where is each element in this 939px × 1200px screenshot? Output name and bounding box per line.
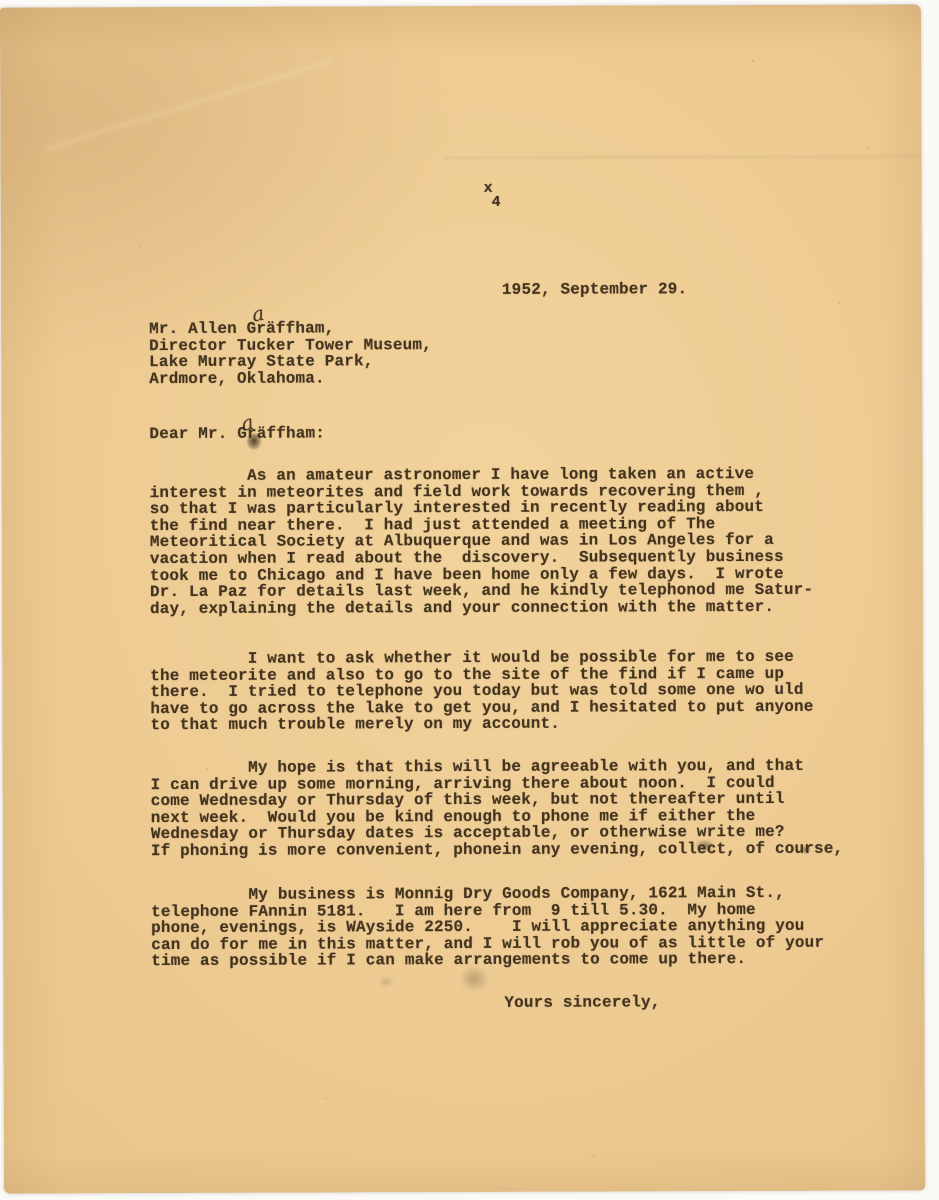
smudge-below-last-paragraph-2 (375, 974, 397, 989)
recipient-address-line: Lake Murray State Park, (149, 352, 373, 371)
body-paragraph-4: My business is Monnig Dry Goods Company,… (151, 885, 851, 970)
page-number-mark: x 4 (0, 4, 921, 7)
recipient-address-block: Mr. Allen Gräffham, Director Tucker Towe… (149, 320, 432, 387)
page-mark-number: 4 (492, 195, 501, 210)
body-paragraph-3: My hope is that this will be agreeable w… (151, 758, 851, 860)
recipient-city-line: Ardmore, Oklahoma. (149, 369, 325, 388)
body-paragraph-1: As an amateur astronomer I have long tak… (150, 466, 851, 618)
paper-crease-corner (46, 58, 334, 151)
paper-crease-top (443, 154, 922, 160)
body-paragraph-2: I want to ask whether it would be possib… (150, 649, 850, 734)
scanned-letter-page: x 4 1952, September 29. a Mr. Allen Gräf… (0, 4, 925, 1193)
date-line: 1952, September 29. (502, 281, 687, 298)
closing-line: Yours sincerely, (504, 994, 660, 1011)
salutation: Dear Mr. Gräffham: (149, 425, 325, 442)
